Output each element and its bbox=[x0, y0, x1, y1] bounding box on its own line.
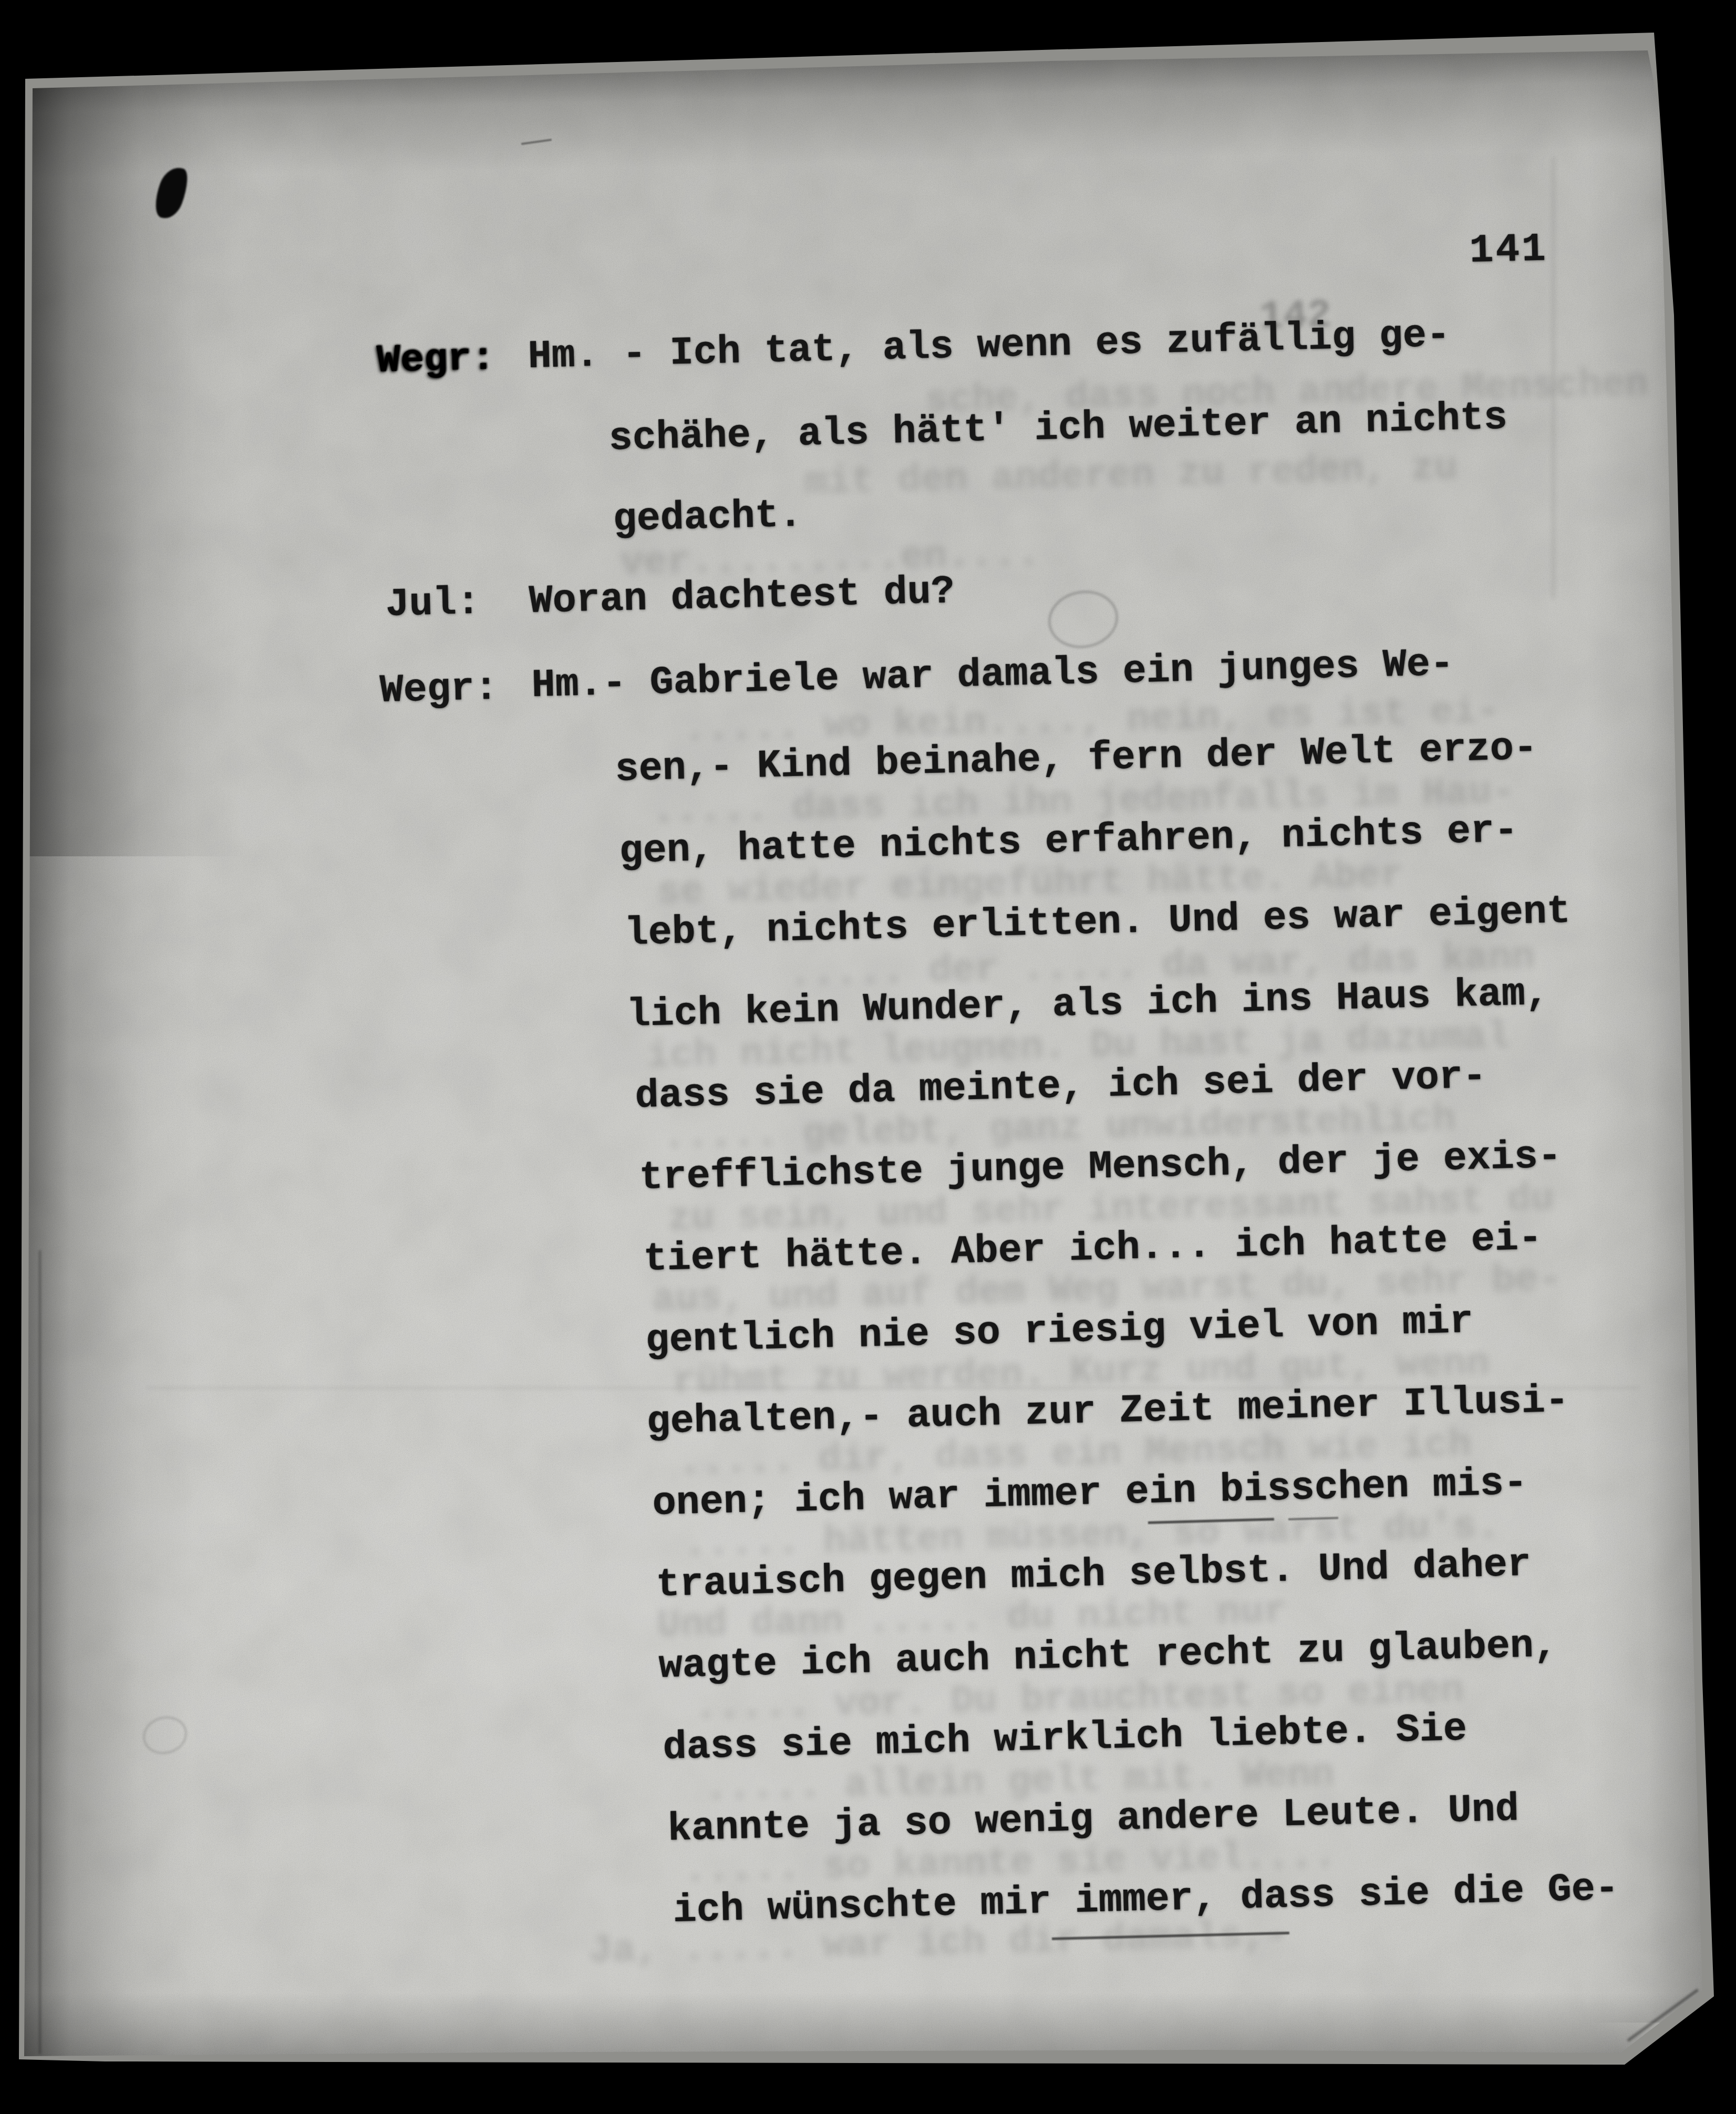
speaker-label: Jul: bbox=[385, 583, 481, 625]
typed-line: dass sie da meinte, ich sei der vor- bbox=[635, 1057, 1487, 1116]
typed-line: Hm.- Gabriele war damals ein junges We- bbox=[531, 645, 1454, 706]
typed-line: wagte ich auch nicht recht zu glauben, bbox=[658, 1626, 1558, 1686]
typed-line: lebt, nichts erlitten. Und es war eigent bbox=[624, 892, 1571, 954]
typed-line: trefflichste junge Mensch, der je exis- bbox=[639, 1137, 1562, 1198]
typed-line: kannte ja so wenig andere Leute. Und bbox=[667, 1790, 1520, 1849]
paper: 142 sche, dass noch andere Menschen mit … bbox=[0, 0, 1736, 2114]
typed-line: ich wünschte mir immer, dass sie die Ge- bbox=[673, 1869, 1619, 1931]
typed-line: gehalten,- auch zur Zeit meiner Illusi- bbox=[646, 1381, 1569, 1442]
typed-line: gedacht. bbox=[613, 496, 803, 540]
typed-line: gen, hatte nichts erfahren, nichts er- bbox=[619, 811, 1518, 872]
typed-line: Woran dachtest du? bbox=[529, 572, 955, 621]
typed-line: gentlich nie so riesig viel von mir bbox=[645, 1302, 1474, 1361]
typed-line: Hm. - Ich tat, als wenn es zufällig ge- bbox=[528, 316, 1451, 377]
page-number: 141 bbox=[1469, 229, 1548, 271]
typed-line: lich kein Wunder, als ich ins Haus kam, bbox=[626, 974, 1549, 1035]
typed-line: sen,- Kind beinahe, fern der Welt erzo- bbox=[615, 729, 1538, 790]
typed-line: onen; ich war immer ein bisschen mis- bbox=[652, 1464, 1528, 1524]
typed-line: dass sie mich wirklich liebte. Sie bbox=[663, 1709, 1468, 1768]
scanned-typescript-page: 142 sche, dass noch andere Menschen mit … bbox=[0, 0, 1736, 2114]
speaker-label: Wegr: bbox=[379, 669, 499, 711]
typed-line: schähe, als hätt' ich weiter an nichts bbox=[608, 398, 1508, 459]
typed-text-layer: 141 Wegr: Hm. - Ich tat, als wenn es zuf… bbox=[0, 0, 1736, 2114]
typed-line: tiert hätte. Aber ich... ich hatte ei- bbox=[643, 1219, 1543, 1279]
speaker-label: Wegr: bbox=[376, 339, 495, 381]
typed-line: trauisch gegen mich selbst. Und daher bbox=[656, 1545, 1532, 1605]
